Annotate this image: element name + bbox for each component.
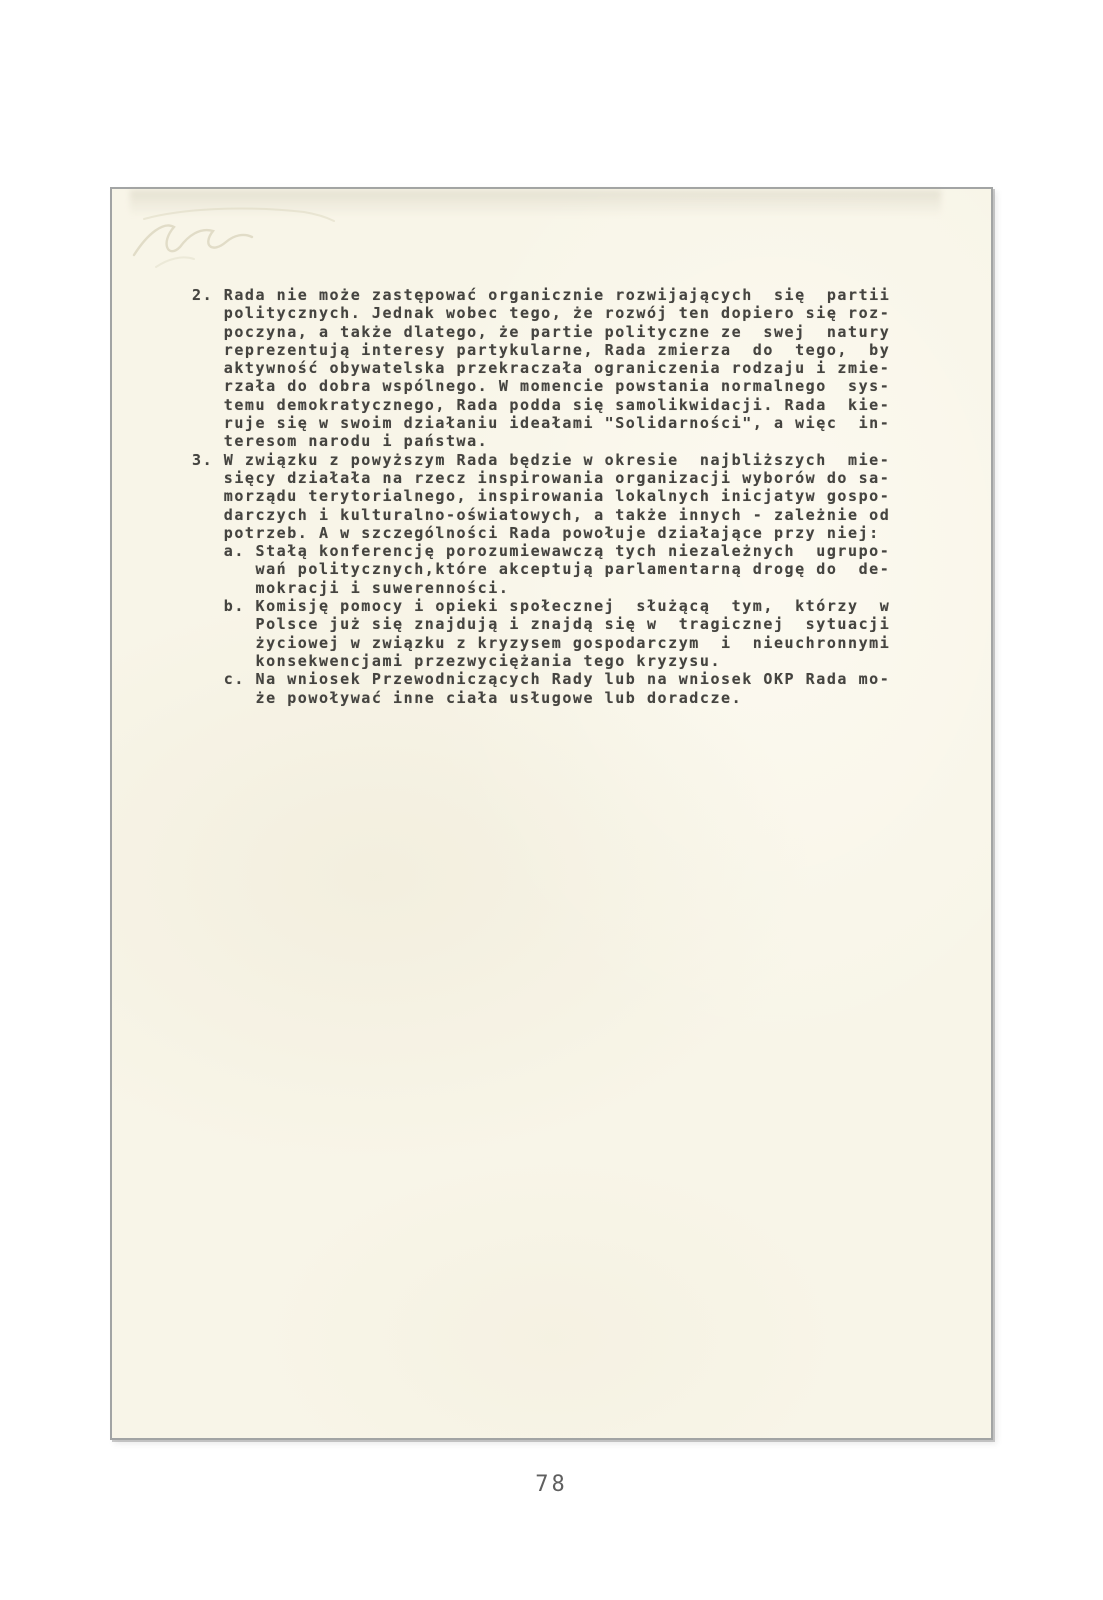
typewritten-text: 2. Rada nie może zastępować organicznie … bbox=[192, 286, 890, 707]
scan-background: 2. Rada nie może zastępować organicznie … bbox=[0, 0, 1103, 1600]
page-number: 78 bbox=[110, 1472, 993, 1497]
scanned-page: 2. Rada nie może zastępować organicznie … bbox=[110, 187, 993, 1440]
scan-smudge bbox=[130, 190, 941, 216]
pencil-scribble-mark bbox=[116, 197, 346, 292]
